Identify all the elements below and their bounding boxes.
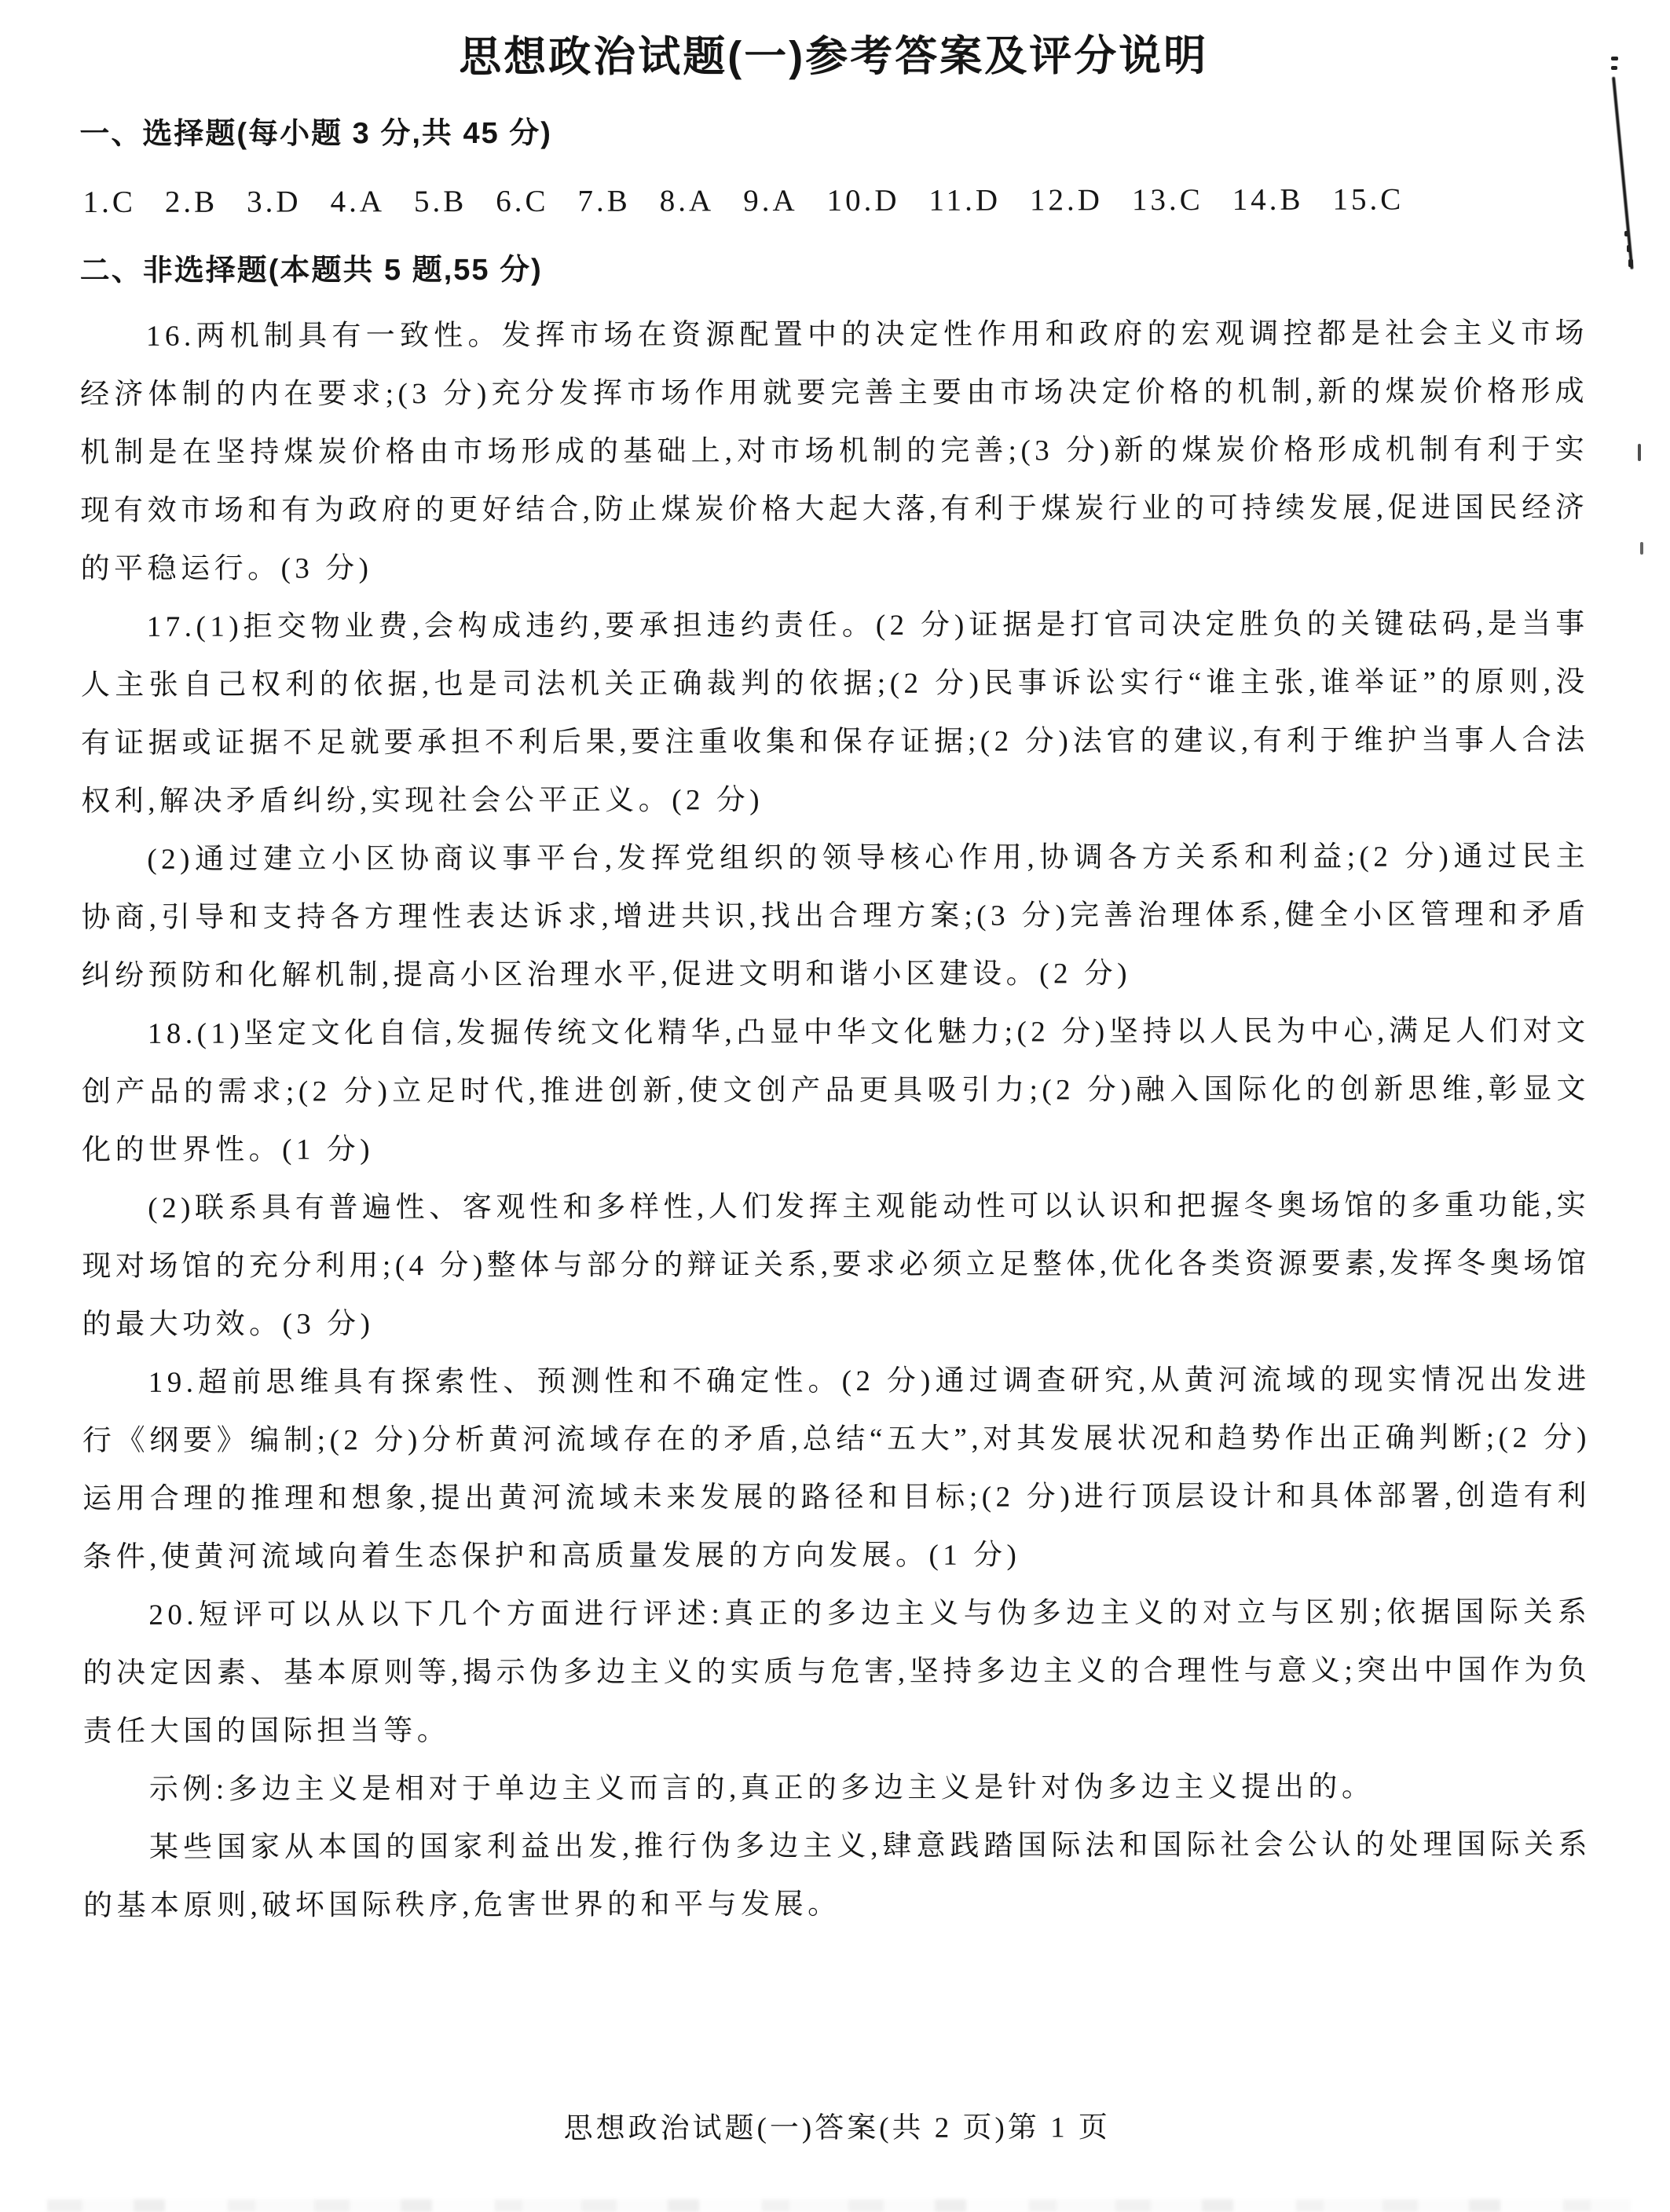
choice-answer-item: 5.B — [414, 167, 467, 236]
scan-artifact-dot — [1611, 57, 1618, 60]
answer-paragraph: 17.(1)拒交物业费,会构成违约,要承担违约责任。(2 分)证据是打官司决定胜… — [81, 595, 1590, 831]
answer-paragraph: 某些国家从本国的国家利益出发,推行伪多边主义,肆意践踏国际法和国际社会公认的处理… — [83, 1816, 1591, 1935]
answer-paragraphs: 16.两机制具有一致性。发挥市场在资源配置中的决定性作用和政府的宏观调控都是社会… — [80, 305, 1591, 1935]
page-title: 思想政治试题(一)参考答案及评分说明 — [79, 27, 1588, 86]
scan-edge-noise — [47, 2199, 1631, 2212]
answer-paragraph: (2)通过建立小区协商议事平台,发挥党组织的领导核心作用,协调各方关系和利益;(… — [81, 828, 1589, 1005]
scan-artifact-dot — [1611, 66, 1617, 70]
scan-artifact-dot — [1638, 444, 1641, 461]
choice-answer-item: 10.D — [827, 167, 900, 236]
choice-answer-item: 11.D — [928, 167, 1001, 236]
choice-section-heading: 一、选择题(每小题 3 分,共 45 分) — [79, 97, 1588, 168]
answer-paragraph: 示例:多边主义是相对于单边主义而言的,真正的多边主义是针对伪多边主义提出的。 — [83, 1758, 1591, 1819]
choice-answer-item: 14.B — [1232, 166, 1304, 235]
choice-answer-item: 8.A — [660, 167, 715, 236]
scan-artifact-dot — [1627, 245, 1631, 252]
answer-paragraph: 20.短评可以从以下几个方面进行评述:真正的多边主义与伪多边主义的对立与区别;依… — [82, 1584, 1591, 1761]
choice-answers-row: 1.C2.B3.D4.A5.B6.C7.B8.A9.A10.D11.D12.D1… — [79, 165, 1588, 237]
choice-answer-item: 9.A — [743, 167, 798, 236]
scanned-answer-page: 思想政治试题(一)参考答案及评分说明 一、选择题(每小题 3 分,共 45 分)… — [0, 0, 1670, 2212]
answer-paragraph: (2)联系具有普遍性、客观性和多样性,人们发挥主观能动性可以认识和把握冬奥场馆的… — [82, 1177, 1590, 1354]
choice-answer-item: 15.C — [1332, 165, 1404, 234]
choice-answer-item: 3.D — [247, 167, 302, 236]
answer-paragraph: 18.(1)坚定文化自信,发掘传统文化精华,凸显中华文化魅力;(2 分)坚持以人… — [82, 1002, 1590, 1180]
choice-answer-item: 13.C — [1132, 166, 1203, 235]
page-footer: 思想政治试题(一)答案(共 2 页)第 1 页 — [2, 2102, 1670, 2148]
answer-paragraph: 16.两机制具有一致性。发挥市场在资源配置中的决定性作用和政府的宏观调控都是社会… — [80, 305, 1589, 599]
free-response-section-heading: 二、非选择题(本题共 5 题,55 分) — [80, 234, 1588, 305]
choice-answer-item: 4.A — [330, 167, 385, 236]
choice-answer-item: 2.B — [165, 168, 218, 237]
scan-artifact-dot — [1628, 259, 1633, 267]
scan-artifact-dot — [1624, 231, 1629, 236]
choice-answer-item: 12.D — [1030, 166, 1103, 235]
choice-answer-item: 6.C — [496, 167, 548, 236]
choice-answer-item: 1.C — [82, 168, 135, 237]
scan-artifact-dot — [1640, 542, 1643, 555]
choice-answer-item: 7.B — [577, 167, 630, 236]
answer-paragraph: 19.超前思维具有探索性、预测性和不确定性。(2 分)通过调查研究,从黄河流域的… — [82, 1351, 1591, 1587]
